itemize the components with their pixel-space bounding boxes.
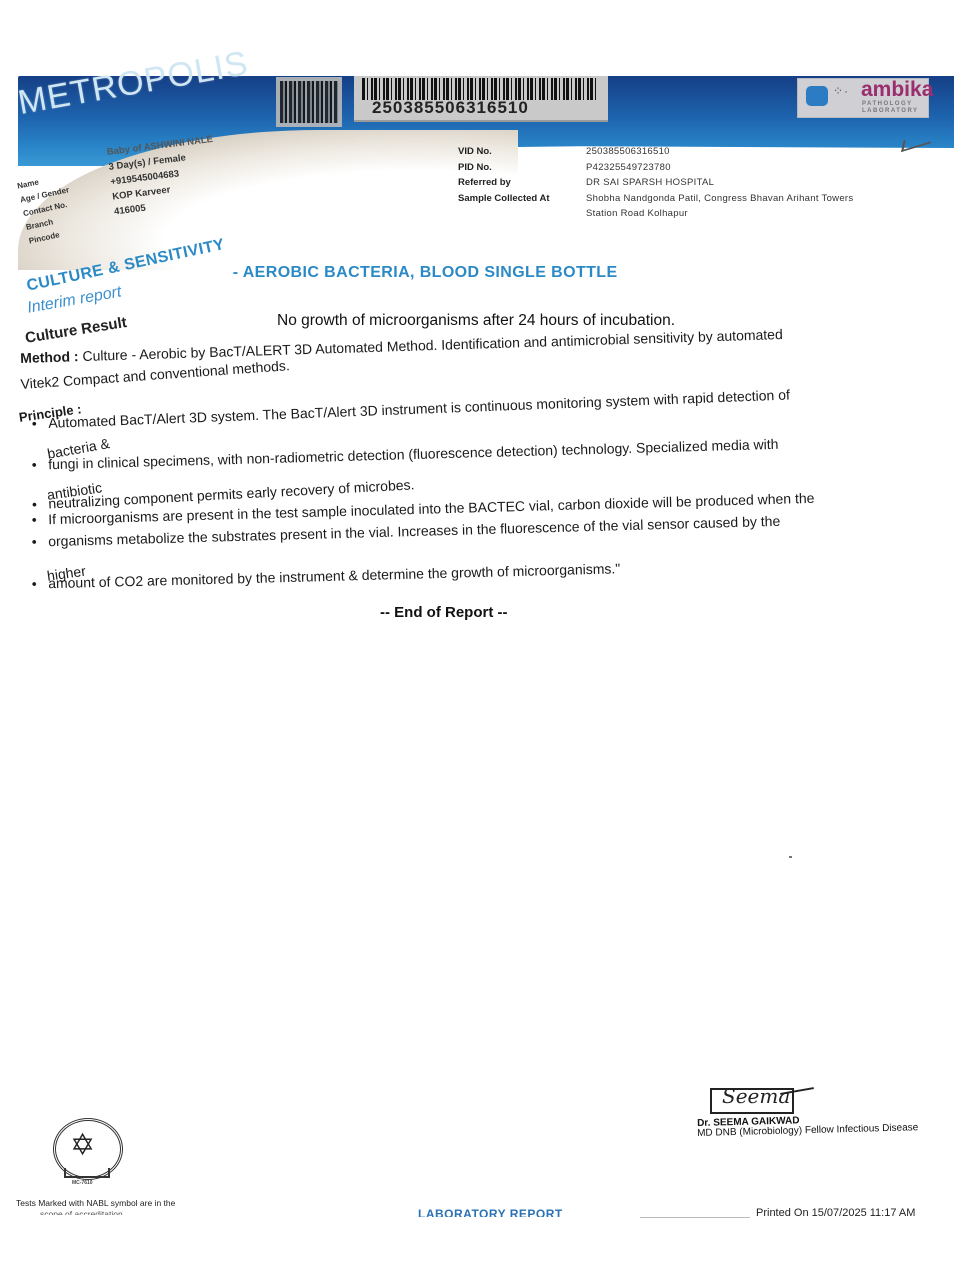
detail-value: Station Road Kolhapur bbox=[586, 206, 688, 222]
partner-subtitle-line1: PATHOLOGY bbox=[862, 101, 919, 108]
principle-text: amount of CO2 are monitored by the instr… bbox=[48, 560, 620, 592]
principle-text: Automated BacT/Alert 3D system. The BacT… bbox=[48, 386, 790, 431]
partner-name: ambika bbox=[861, 78, 933, 102]
footer-report-label: LABORATORY REPORT bbox=[418, 1207, 563, 1217]
detail-label: PID No. bbox=[458, 160, 586, 176]
detail-label: Referred by bbox=[458, 175, 586, 191]
method-label: Method : bbox=[20, 348, 79, 366]
method-text: Culture - Aerobic by BacT/ALERT 3D Autom… bbox=[82, 326, 783, 364]
end-of-report: -- End of Report -- bbox=[380, 604, 507, 621]
detail-row-pid: PID No. P42325549723780 bbox=[458, 160, 853, 176]
report-details: VID No. 250385506316510 PID No. P4232554… bbox=[458, 144, 853, 222]
partner-subtitle-line2: LABORATORY bbox=[862, 108, 919, 115]
scan-speck bbox=[789, 856, 792, 858]
partner-logo-icon bbox=[806, 86, 828, 106]
nabl-star-icon: ✡ bbox=[70, 1128, 95, 1163]
qr-code bbox=[276, 77, 342, 127]
bullet-icon: • bbox=[20, 533, 48, 551]
partner-subtitle: PATHOLOGY LABORATORY bbox=[862, 101, 919, 115]
detail-row-address-cont: Station Road Kolhapur bbox=[458, 206, 853, 222]
principle-line: •Automated BacT/Alert 3D system. The Bac… bbox=[20, 386, 790, 432]
partner-logo-dots-icon: ⁘· bbox=[833, 84, 849, 98]
bullet-icon: • bbox=[20, 456, 48, 474]
detail-row-sample-collected: Sample Collected At Shobha Nandgonda Pat… bbox=[458, 191, 853, 207]
detail-value: 250385506316510 bbox=[586, 144, 670, 160]
bullet-icon: • bbox=[20, 511, 48, 529]
nabl-stand-icon bbox=[64, 1168, 110, 1178]
detail-label: VID No. bbox=[458, 144, 586, 160]
bullet-icon: • bbox=[20, 575, 48, 593]
detail-value: Shobha Nandgonda Patil, Congress Bhavan … bbox=[586, 191, 853, 207]
patient-values: Baby of ASHWINI NALE 3 Day(s) / Female +… bbox=[106, 132, 221, 219]
barcode-icon bbox=[362, 78, 598, 100]
principle-line: •fungi in clinical specimens, with non-r… bbox=[20, 436, 779, 474]
test-title: CULTURE & SENSITIVITY - AEROBIC BACTERIA… bbox=[26, 264, 618, 282]
detail-value: P42325549723780 bbox=[586, 160, 671, 176]
detail-label bbox=[458, 206, 586, 222]
principle-line: •amount of CO2 are monitored by the inst… bbox=[20, 560, 620, 593]
principle-text: fungi in clinical specimens, with non-ra… bbox=[48, 436, 779, 473]
method-line-1: Method : Culture - Aerobic by BacT/ALERT… bbox=[20, 326, 783, 367]
bullet-icon: • bbox=[20, 415, 49, 433]
nabl-note: Tests Marked with NABL symbol are in the… bbox=[16, 1198, 175, 1215]
footer-divider bbox=[640, 1217, 750, 1218]
detail-row-referred-by: Referred by DR SAI SPARSH HOSPITAL bbox=[458, 175, 853, 191]
nabl-code: MC-7610 bbox=[72, 1180, 93, 1186]
test-title-rest: - AEROBIC BACTERIA, BLOOD SINGLE BOTTLE bbox=[228, 264, 618, 281]
detail-label: Sample Collected At bbox=[458, 191, 586, 207]
detail-row-vid: VID No. 250385506316510 bbox=[458, 144, 853, 160]
signature: Seema bbox=[722, 1084, 790, 1108]
culture-result-label: Culture Result bbox=[24, 314, 128, 347]
barcode-number: 250385506316510 bbox=[372, 98, 529, 118]
printed-on: Printed On 15/07/2025 11:17 AM bbox=[756, 1207, 915, 1219]
culture-result-value: No growth of microorganisms after 24 hou… bbox=[277, 312, 675, 330]
nabl-note-line1: Tests Marked with NABL symbol are in the bbox=[16, 1198, 175, 1209]
nabl-note-line2: scope of accreditation bbox=[16, 1209, 175, 1215]
detail-value: DR SAI SPARSH HOSPITAL bbox=[586, 175, 714, 191]
